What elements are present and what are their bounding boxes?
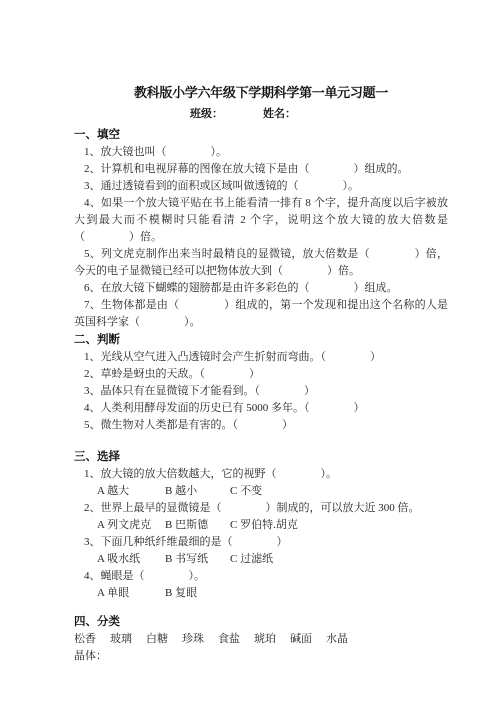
fill-item: 1、放大镜也叫（ ）。: [74, 144, 448, 161]
choice-question: 3、下面几种纸纤维最细的是（ ）: [74, 534, 448, 551]
choice-question: 1、放大镜的放大倍数越大，它的视野（ ）。: [74, 466, 448, 483]
section-heading-fill: 一、填空: [74, 127, 448, 144]
crystal-prompt: 晶体：: [74, 648, 448, 665]
choice-options-row: A 单眼 B 复眼: [74, 585, 448, 602]
choice-option: A 吸水纸: [97, 551, 165, 568]
name-field-label: 姓名：: [263, 106, 296, 123]
material-word: 珍珠: [182, 631, 204, 648]
choice-options-row: A 越大 B 越小 C 不变: [74, 483, 448, 500]
section-heading-judge: 二、判断: [74, 332, 448, 349]
judge-item: 3、晶体只有在显微镜下才能看到。（ ）: [74, 383, 448, 400]
material-word: 玻璃: [110, 631, 132, 648]
fill-item: 2、计算机和电视屏幕的图像在放大镜下是由（ ）组成的。: [74, 161, 448, 178]
fill-item: 6、在放大镜下蝴蝶的翅膀都是由许多彩色的（ ）组成。: [74, 280, 448, 297]
fill-item: 7、生物体都是由（ ）组成的，第一个发现和提出这个名称的人是英国科学家（ ）。: [74, 297, 448, 331]
fill-item: 3、通过透镜看到的面积或区域叫做透镜的（ ）。: [74, 178, 448, 195]
section-heading-classify: 四、分类: [74, 614, 448, 631]
doc-title: 教科版小学六年级下学期科学第一单元习题一: [74, 84, 448, 101]
fill-item: 4、如果一个放大镜平贴在书上能看清一排有 8 个字，提升高度以后字被放大到最大而…: [74, 195, 448, 246]
choice-option: C 过滤纸: [230, 551, 273, 568]
material-word: 碱面: [290, 631, 312, 648]
judge-item: 4、人类利用酵母发面的历史已有 5000 多年。（ ）: [74, 400, 448, 417]
choice-options-row: A 列文虎克 B 巴斯德 C 罗伯特.胡克: [74, 517, 448, 534]
material-word: 琥珀: [254, 631, 276, 648]
choice-question: 2、世界上最早的显微镜是（ ）制成的，可以放大近 300 倍。: [74, 500, 448, 517]
meta-row: 班级： 姓名：: [190, 106, 448, 123]
choice-option: A 越大: [97, 483, 165, 500]
judge-item: 1、光线从空气进入凸透镜时会产生折射而弯曲。（ ）: [74, 349, 448, 366]
material-word: 白糖: [146, 631, 168, 648]
choice-option: A 单眼: [97, 585, 165, 602]
judge-item: 5、微生物对人类都是有害的。（ ）: [74, 417, 448, 434]
choice-option: B 巴斯德: [165, 517, 230, 534]
fill-item: 5、列文虎克制作出来当时最精良的显微镜，放大倍数是（ ）倍，今天的电子显微镜已经…: [74, 246, 448, 280]
section-heading-choice: 三、选择: [74, 449, 448, 466]
choice-option: B 书写纸: [165, 551, 230, 568]
choice-option: C 罗伯特.胡克: [230, 517, 298, 534]
choice-option: C 不变: [230, 483, 262, 500]
worksheet-page: 教科版小学六年级下学期科学第一单元习题一 班级： 姓名： 一、填空 1、放大镜也…: [0, 0, 500, 707]
material-word: 食盐: [218, 631, 240, 648]
choice-option: A 列文虎克: [97, 517, 165, 534]
material-word: 水晶: [326, 631, 348, 648]
choice-question: 4、蝇眼是（ ）。: [74, 568, 448, 585]
material-words-row: 松香 玻璃 白糖 珍珠 食盐 琥珀 碱面 水晶: [74, 631, 448, 648]
choice-option: B 越小: [165, 483, 230, 500]
class-field-label: 班级：: [190, 106, 223, 123]
choice-options-row: A 吸水纸 B 书写纸 C 过滤纸: [74, 551, 448, 568]
choice-option: B 复眼: [165, 585, 230, 602]
judge-item: 2、草蛉是蚜虫的天敌。（ ）: [74, 366, 448, 383]
material-word: 松香: [74, 631, 96, 648]
